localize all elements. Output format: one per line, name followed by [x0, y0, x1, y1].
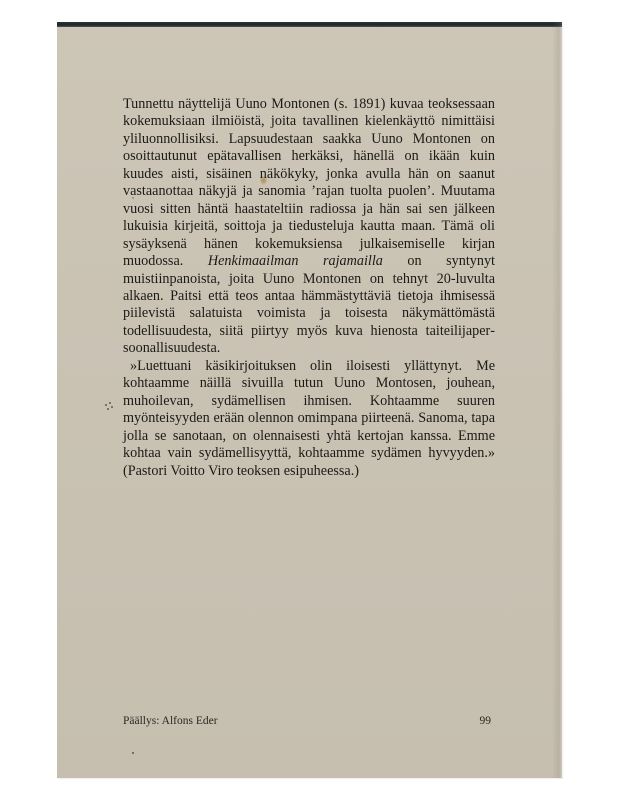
blurb-paragraph-2-quote: »Luettuani käsikirjoituksen olin iloises… — [123, 358, 495, 480]
dark-top-edge — [57, 22, 562, 27]
book-title-italic: Henkimaailman raja­mailla — [208, 253, 383, 269]
paper-speck — [132, 752, 134, 754]
blurb-p2-text: »Luettuani käsikirjoituksen olin iloises… — [123, 358, 495, 479]
blurb-paragraph-1: Tunnettu näyttelijä Uuno Montonen (s. 18… — [123, 96, 495, 358]
cover-footer: Päällys: Alfons Eder 99 — [123, 715, 495, 727]
paper-specks — [104, 402, 114, 410]
blurb-text: Tunnettu näyttelijä Uuno Montonen (s. 18… — [123, 96, 495, 480]
blurb-p1-text: Tunnettu näyttelijä Uuno Montonen (s. 18… — [123, 96, 495, 269]
series-code: 99 — [480, 715, 492, 727]
cover-credit: Päällys: Alfons Eder — [123, 715, 218, 727]
book-back-cover: Tunnettu näyttelijä Uuno Montonen (s. 18… — [57, 22, 562, 778]
